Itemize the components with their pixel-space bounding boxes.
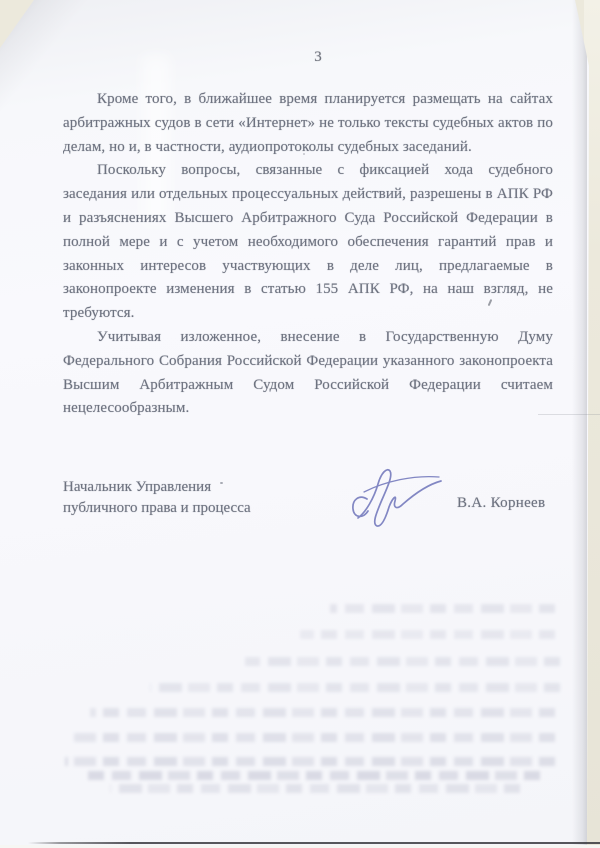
text-line: заседания или отдельных процессуальных д… (63, 183, 553, 207)
text-line: Поскольку вопросы, связанные с фиксацией… (63, 159, 553, 183)
ink-speck (303, 153, 305, 155)
text-line: полной мере и с учетом необходимого обес… (63, 231, 553, 255)
text-line: нецелесообразным. (63, 397, 553, 421)
text-line: Высшим Арбитражным Судом Российской Феде… (63, 374, 553, 398)
signatory-title-line2: публичного права и процесса (63, 498, 251, 519)
text-line: делам, но и, в частности, аудиопротоколы… (63, 136, 553, 160)
text-line: законных интересов участвующих в деле ли… (63, 255, 553, 279)
document-body: Кроме того, в ближайшее время планируетс… (63, 88, 553, 421)
text-line: требуются. (63, 302, 553, 326)
page-number: 3 (280, 49, 356, 66)
handwritten-signature (330, 460, 452, 534)
signatory-name: В.А. Корнеев (457, 495, 545, 512)
text-line: законопроекте изменения в статью 155 АПК… (63, 278, 553, 302)
text-line: и разъяснениях Высшего Арбитражного Суда… (63, 207, 553, 231)
scanned-page: 3 Кроме того, в ближайшее время планируе… (0, 0, 600, 848)
text-line: арбитражных судов в сети «Интернет» не т… (63, 112, 553, 136)
text-line: Кроме того, в ближайшее время планируетс… (63, 88, 553, 112)
scan-edge-line (0, 842, 600, 844)
text-line: Учитывая изложенное, внесение в Государс… (63, 326, 553, 350)
signatory-title-line1: Начальник Управления (63, 477, 251, 498)
scan-edge-strip (0, 845, 600, 848)
paper-edge-shadow (572, 0, 587, 845)
text-line: Федерального Собрания Российской Федерац… (63, 350, 553, 374)
